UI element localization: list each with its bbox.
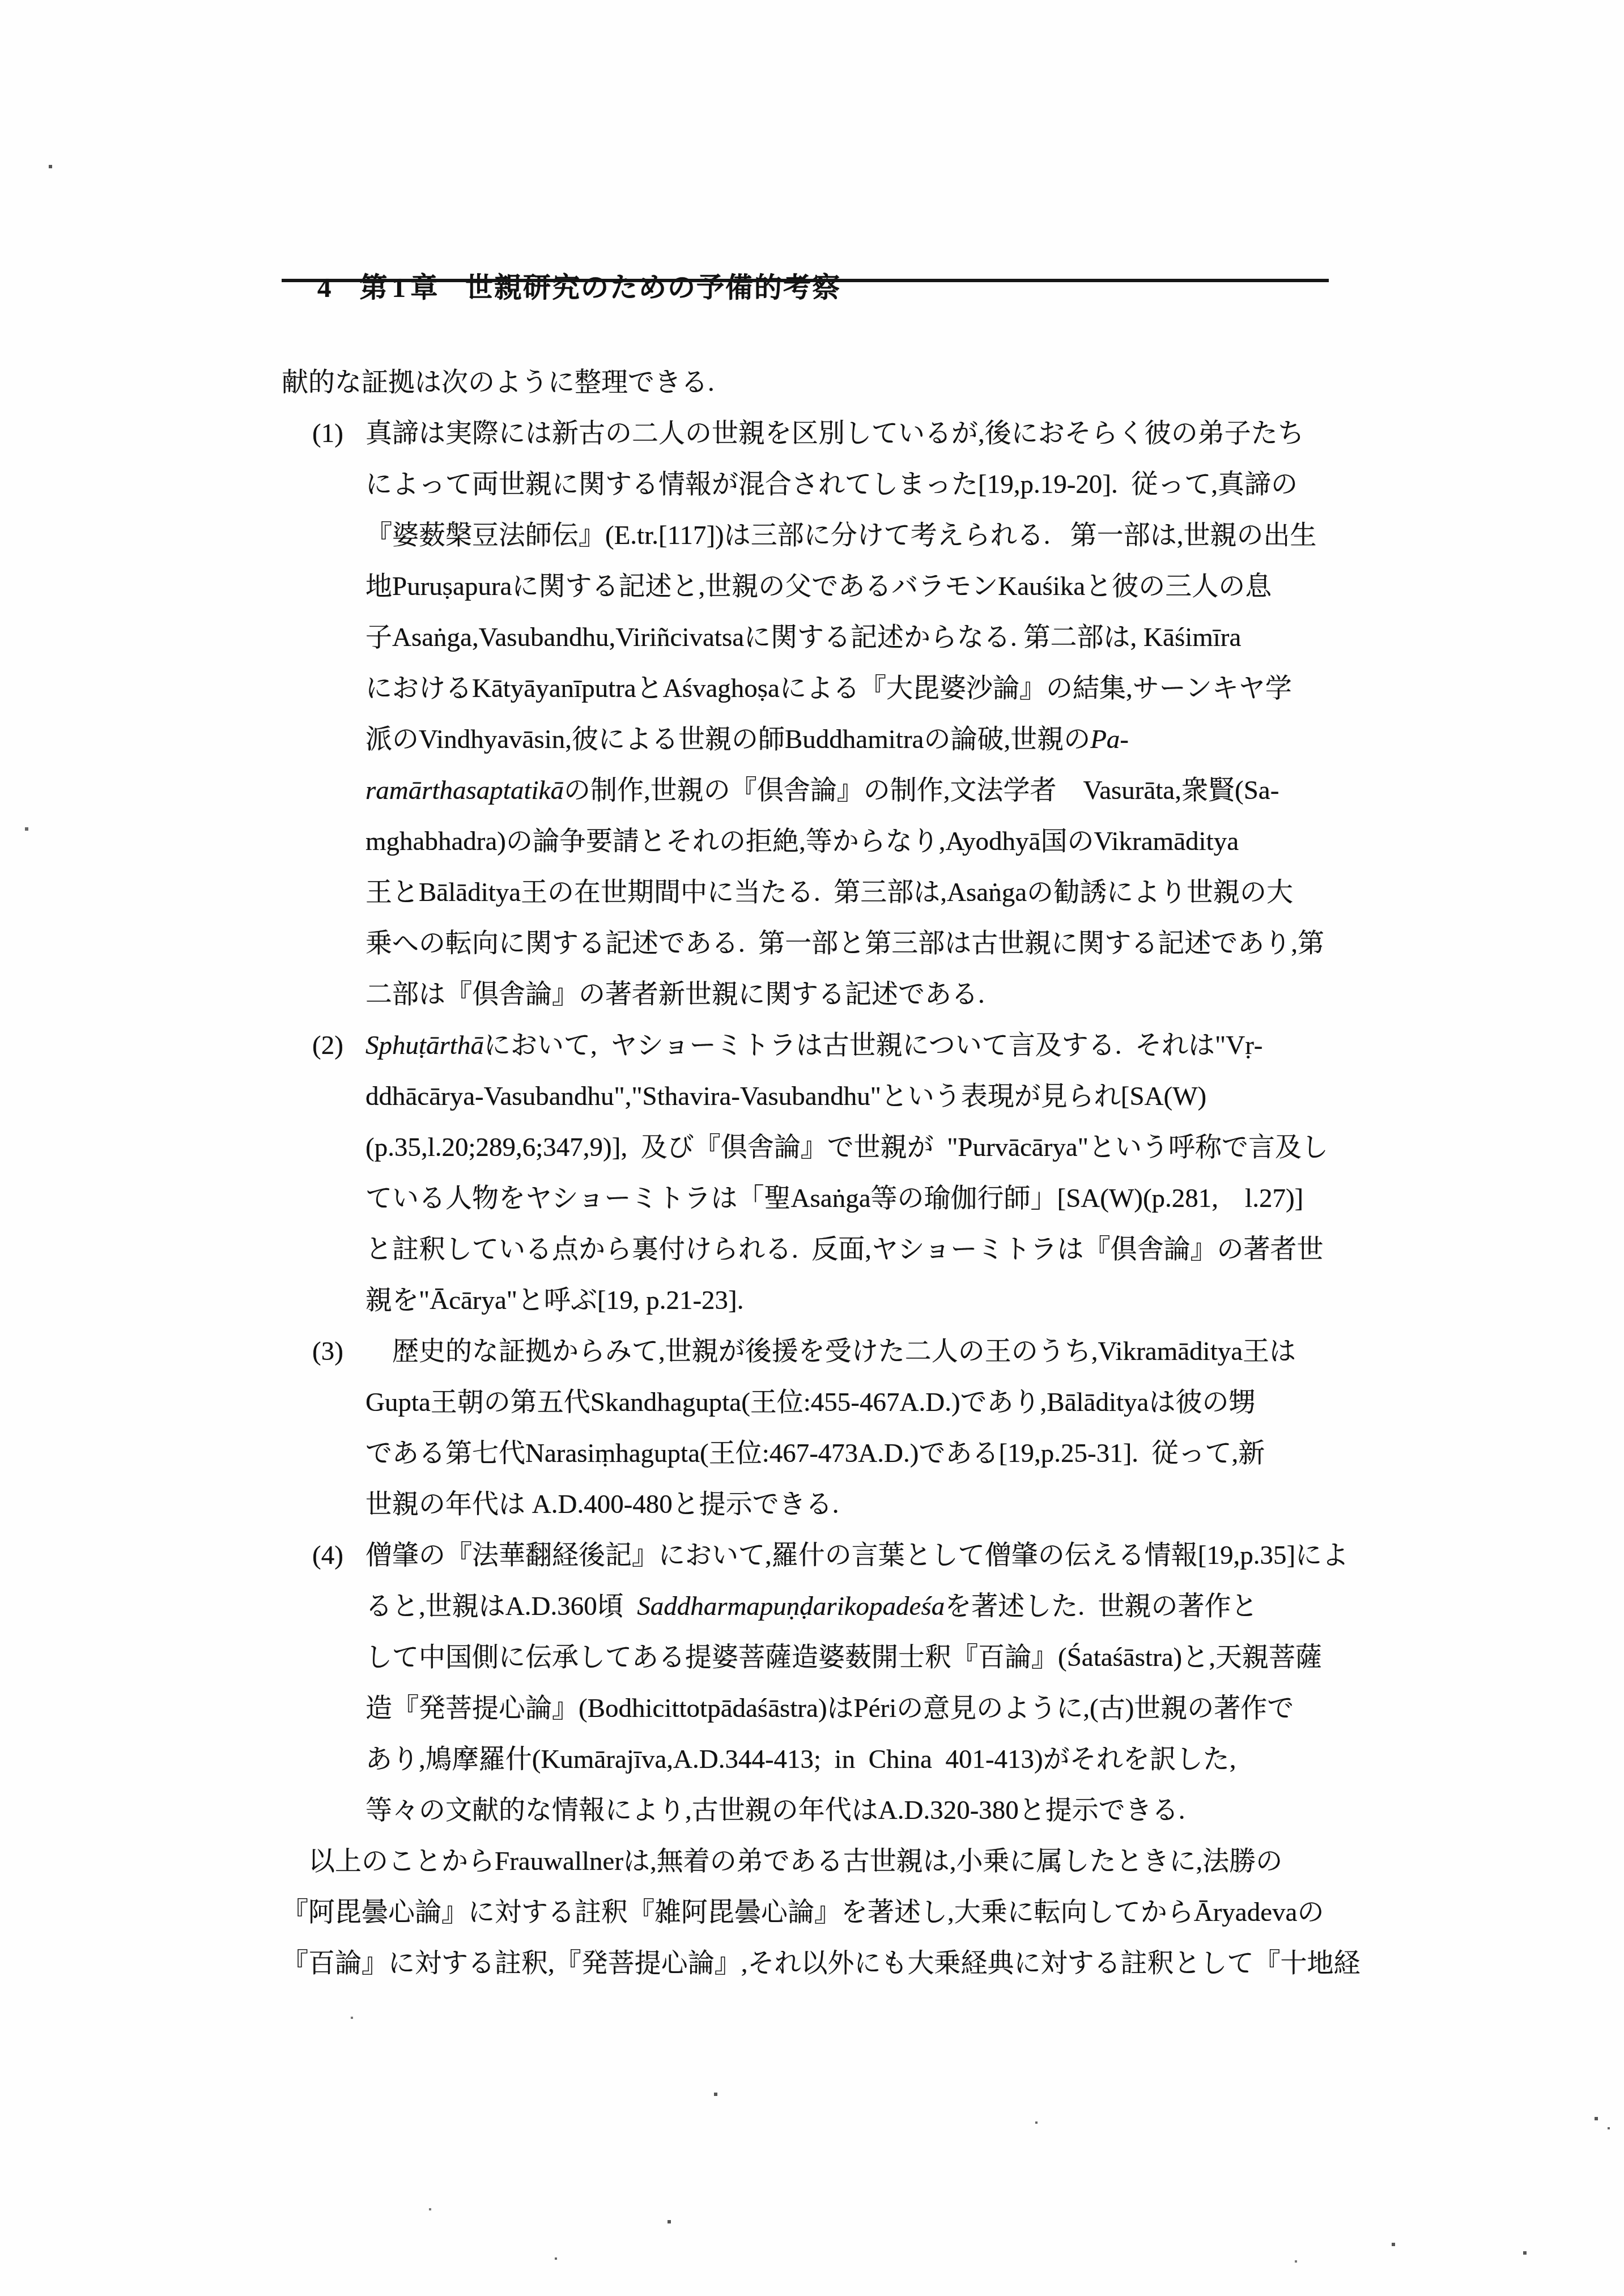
page-number: 4 [317,272,333,303]
text-line: 僧肇の『法華翻経後記』において,羅什の言葉として僧肇の伝える情報[19,p.35… [365,1530,1329,1581]
list-item-lines: 真諦は実際には新古の二人の世親を区別しているが,後におそらく彼の弟子たちによって… [365,408,1329,1020]
text-line: 親を"Ācārya"と呼ぶ[19, p.21-23]. [365,1275,1329,1326]
intro-line: 献的な証拠は次のように整理できる. [282,357,1329,408]
text-line: 子Asaṅga,Vasubandhu,Viriñcivatsaに関する記述からな… [365,612,1329,663]
italic-title-text: Pa- [1090,725,1129,754]
text-line: におけるKātyāyanīputraとAśvaghoṣaによる『大毘婆沙論』の結… [365,663,1329,714]
text-line: Sphuṭārthāにおいて, ヤショーミトラは古世親について言及する. それは… [365,1020,1329,1071]
list-item: (3) 歴史的な証拠からみて,世親が後援を受けた二人の王のうち,Vikramād… [282,1326,1329,1530]
text-line: 真諦は実際には新古の二人の世親を区別しているが,後におそらく彼の弟子たち [365,408,1329,459]
text-line: Gupta王朝の第五代Skandhagupta(王位:455-467A.D.)で… [365,1377,1329,1428]
chapter-title: 世親研究のための予備的考察 [465,272,841,303]
list-item: (4)僧肇の『法華翻経後記』において,羅什の言葉として僧肇の伝える情報[19,p… [282,1530,1329,1836]
text-line: ると,世親はA.D.360頃 Saddharmapuṇḍarikopadeśaを… [365,1581,1329,1632]
text-line: して中国側に伝承してある提婆菩薩造婆薮開士釈『百論』(Śataśāstra)と,… [365,1632,1329,1683]
text-line: 乗への転向に関する記述である. 第一部と第三部は古世親に関する記述であり,第 [365,918,1329,969]
list-item: (1)真諦は実際には新古の二人の世親を区別しているが,後におそらく彼の弟子たちに… [282,408,1329,1020]
text-line: ている人物をヤショーミトラは「聖Asaṅga等の瑜伽行師」[SA(W)(p.28… [365,1173,1329,1224]
text-line: (p.35,l.20;289,6;347,9)], 及び『倶舎論』で世親が "P… [365,1122,1329,1173]
italic-title-text: Sphuṭārthā [365,1031,484,1060]
text-segment: を著述した. 世親の著作と [945,1592,1257,1621]
list-item-marker: (4) [312,1530,343,1581]
page-body: 献的な証拠は次のように整理できる. (1)真諦は実際には新古の二人の世親を区別し… [282,357,1329,1989]
list-item-marker: (2) [312,1020,343,1071]
running-header: 4第1章世親研究のための予備的考察 [285,233,841,338]
text-line: 等々の文献的な情報により,古世親の年代はA.D.320-380と提示できる. [365,1785,1329,1836]
text-line: ramārthasaptatikāの制作,世親の『倶舎論』の制作,文法学者 Va… [365,765,1329,816]
text-line: 『婆薮槃豆法師伝』(E.tr.[117])は三部に分けて考えられる. 第一部は,… [365,510,1329,561]
text-line: 歴史的な証拠からみて,世親が後援を受けた二人の王のうち,Vikramāditya… [365,1326,1329,1377]
closing-paragraph: 以上のことからFrauwallnerは,無着の弟である古世親は,小乗に属したとき… [282,1836,1329,1989]
text-line: 造『発菩提心論』(Bodhicittotpādaśāstra)はPériの意見の… [365,1683,1329,1734]
list-item-marker: (1) [312,408,343,459]
text-line: 地Puruṣapuraに関する記述と,世親の父であるバラモンKauśikaと彼の… [365,561,1329,612]
text-line: 『百論』に対する註釈,『発菩提心論』,それ以外にも大乗経典に対する註釈として『十… [282,1938,1329,1989]
list-item-marker: (3) [312,1326,343,1377]
list-item-lines: 歴史的な証拠からみて,世親が後援を受けた二人の王のうち,Vikramāditya… [365,1326,1329,1530]
scan-noise [0,0,1,1]
text-line: 『阿毘曇心論』に対する註釈『雑阿毘曇心論』を著述し,大乗に転向してからĀryad… [282,1887,1329,1938]
text-segment: 派のVindhyavāsin,彼による世親の師Buddhamitraの論破,世親… [365,725,1090,754]
text-line: によって両世親に関する情報が混合されてしまった[19,p.19-20]. 従って… [365,459,1329,510]
header-rule [282,279,1329,282]
text-line: 以上のことからFrauwallnerは,無着の弟である古世親は,小乗に属したとき… [282,1836,1329,1887]
text-line: と註釈している点から裏付けられる. 反面,ヤショーミトラは『倶舎論』の著者世 [365,1224,1329,1275]
text-line: ddhācārya-Vasubandhu","Sthavira-Vasuband… [365,1071,1329,1122]
list-item: (2)Sphuṭārthāにおいて, ヤショーミトラは古世親について言及する. … [282,1020,1329,1326]
list-item-lines: Sphuṭārthāにおいて, ヤショーミトラは古世親について言及する. それは… [365,1020,1329,1326]
text-line: 派のVindhyavāsin,彼による世親の師Buddhamitraの論破,世親… [365,714,1329,765]
text-segment: の制作,世親の『倶舎論』の制作,文法学者 Vasurāta,衆賢(Sa- [564,776,1279,805]
text-line: 世親の年代は A.D.400-480と提示できる. [365,1479,1329,1530]
text-line: 王とBālāditya王の在世期間中に当たる. 第三部は,Asaṅgaの勧誘によ… [365,867,1329,918]
text-line: である第七代Narasiṃhagupta(王位:467-473A.D.)である[… [365,1428,1329,1479]
text-line: 二部は『倶舎論』の著者新世親に関する記述である. [365,969,1329,1020]
italic-title-text: ramārthasaptatikā [365,776,564,805]
italic-title-text: Saddharmapuṇḍarikopadeśa [637,1592,945,1621]
text-line: mghabhadra)の論争要請とそれの拒絶,等からなり,Ayodhyā国のVi… [365,816,1329,867]
text-segment: ると,世親はA.D.360頃 [365,1592,637,1621]
list-item-lines: 僧肇の『法華翻経後記』において,羅什の言葉として僧肇の伝える情報[19,p.35… [365,1530,1329,1836]
chapter-label: 第1章 [360,272,443,303]
text-line: あり,鳩摩羅什(Kumārajīva,A.D.344-413; in China… [365,1734,1329,1785]
scanned-book-page: 4第1章世親研究のための予備的考察 献的な証拠は次のように整理できる. (1)真… [0,0,1624,2296]
text-segment: において, ヤショーミトラは古世親について言及する. それは"Vṛ- [484,1031,1263,1060]
numbered-list: (1)真諦は実際には新古の二人の世親を区別しているが,後におそらく彼の弟子たちに… [282,408,1329,1836]
